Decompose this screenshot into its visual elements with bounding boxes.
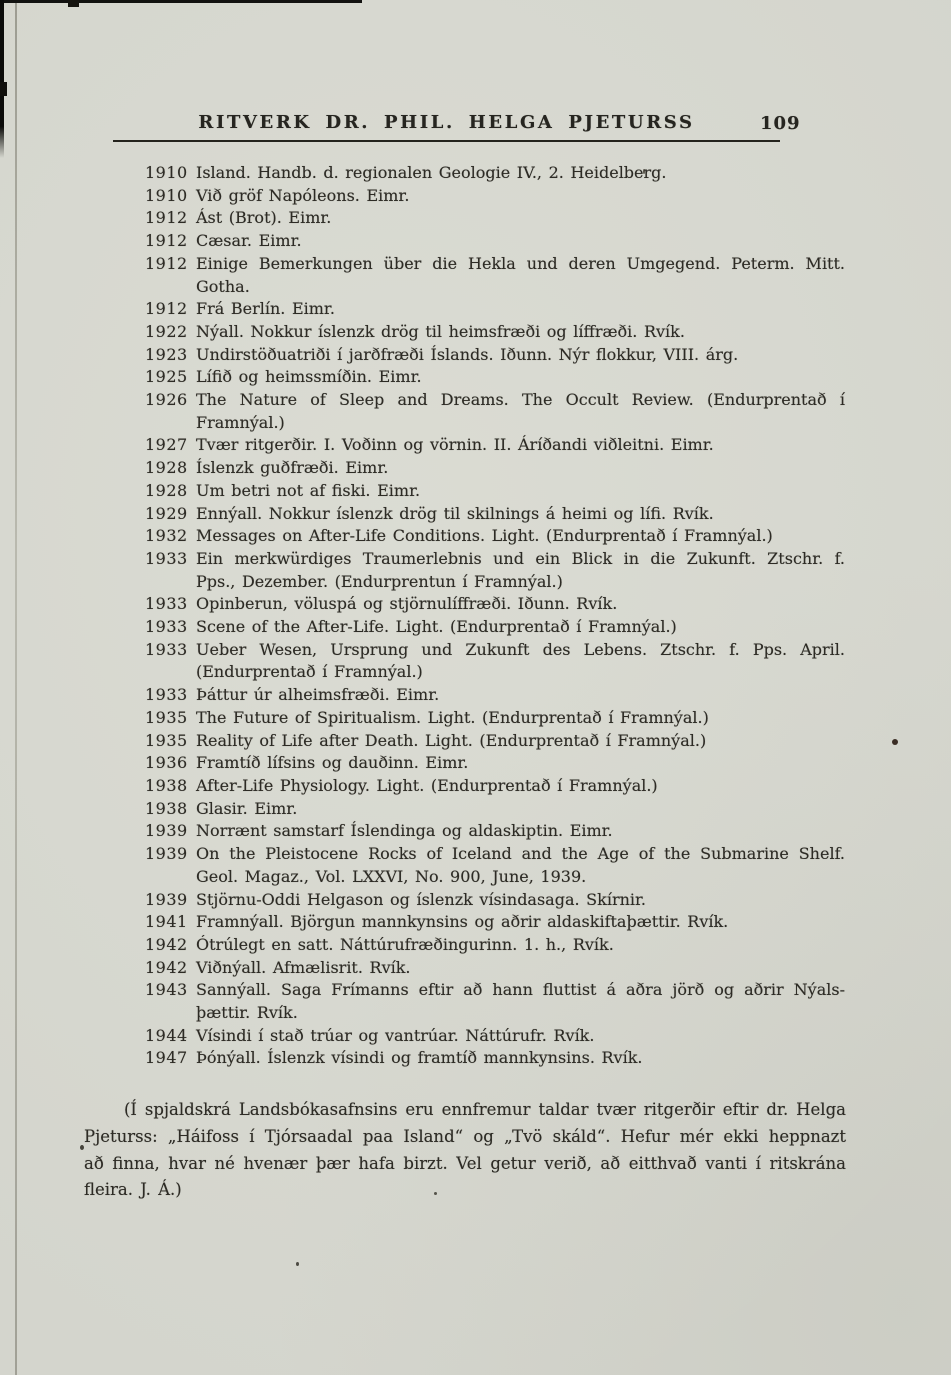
entry-line: Íslenzk guðfræði. Eimr. — [196, 457, 845, 480]
bib-entry: 1935The Future of Spiritualism. Light. (… — [145, 707, 845, 730]
entry-text: The Nature of Sleep and Dreams. The Occu… — [196, 389, 845, 434]
entry-line: Norrænt samstarf Íslendinga og aldaskipt… — [196, 820, 845, 843]
entry-line: Ennýall. Nokkur íslenzk drög til skilnin… — [196, 503, 845, 526]
scanned-book-page: RITVERK DR. PHIL. HELGA PJETURSS 109 191… — [0, 0, 951, 1375]
bib-entry: 1941Framnýall. Björgun mannkynsins og að… — [145, 911, 845, 934]
bib-entry: 1947Þónýall. Íslenzk vísindi og framtíð … — [145, 1047, 845, 1070]
entry-text: Vísindi í stað trúar og vantrúar. Náttúr… — [196, 1025, 845, 1048]
bib-entry: 1939Norrænt samstarf Íslendinga og aldas… — [145, 820, 845, 843]
bib-entry: 1935Reality of Life after Death. Light. … — [145, 730, 845, 753]
entry-year: 1947 — [145, 1047, 183, 1070]
entry-line: Pps., Dezember. (Endurprentun í Framnýal… — [196, 571, 845, 594]
closing-note-line: fleira. J. Á.) — [84, 1177, 846, 1204]
entry-line: Framnýall. Björgun mannkynsins og aðrir … — [196, 911, 845, 934]
entry-text: Nýall. Nokkur íslenzk drög til heimsfræð… — [196, 321, 845, 344]
entry-line: Tvær ritgerðir. I. Voðinn og vörnin. II.… — [196, 434, 845, 457]
entry-text: Þáttur úr alheimsfræði. Eimr. — [196, 684, 845, 707]
entry-text: After-Life Physiology. Light. (Endurpren… — [196, 775, 845, 798]
bib-entry: 1912Einige Bemerkungen über die Hekla un… — [145, 253, 845, 298]
entry-text: Ein merkwürdiges Traumerlebnis und ein B… — [196, 548, 845, 593]
entry-year: 1936 — [145, 752, 183, 775]
entry-text: Lífið og heimssmíðin. Eimr. — [196, 366, 845, 389]
entry-year: 1938 — [145, 775, 183, 798]
bib-entry: 1933Scene of the After-Life. Light. (End… — [145, 616, 845, 639]
bib-entry: 1910Við gröf Napóleons. Eimr. — [145, 185, 845, 208]
entry-text: Glasir. Eimr. — [196, 798, 845, 821]
entry-text: Reality of Life after Death. Light. (End… — [196, 730, 845, 753]
entry-text: Undirstöðuatriði í jarðfræði Íslands. Ið… — [196, 344, 845, 367]
entry-line: Ótrúlegt en satt. Náttúrufræðingurinn. 1… — [196, 934, 845, 957]
entry-year: 1910 — [145, 162, 183, 185]
entry-line: þættir. Rvík. — [196, 1002, 845, 1025]
bib-entry: 1942Viðnýall. Afmælisrit. Rvík. — [145, 957, 845, 980]
entry-line: Vísindi í stað trúar og vantrúar. Náttúr… — [196, 1025, 845, 1048]
entry-year: 1910 — [145, 185, 183, 208]
bib-entry: 1927Tvær ritgerðir. I. Voðinn og vörnin.… — [145, 434, 845, 457]
bib-entry: 1933Ueber Wesen, Ursprung und Zukunft de… — [145, 639, 845, 684]
bib-entry: 1933Opinberun, völuspá og stjörnulíffræð… — [145, 593, 845, 616]
entry-line: Framtíð lífsins og dauðinn. Eimr. — [196, 752, 845, 775]
entry-year: 1942 — [145, 934, 183, 957]
entry-year: 1929 — [145, 503, 183, 526]
closing-note-line: (Í spjaldskrá Landsbókasafnsins eru ennf… — [84, 1097, 846, 1124]
entry-year: 1941 — [145, 911, 183, 934]
bib-entry: 1928Um betri not af fiski. Eimr. — [145, 480, 845, 503]
entry-year: 1923 — [145, 344, 183, 367]
entry-year: 1935 — [145, 707, 183, 730]
entry-year: 1939 — [145, 843, 183, 888]
entry-text: Ueber Wesen, Ursprung und Zukunft des Le… — [196, 639, 845, 684]
entry-text: Frá Berlín. Eimr. — [196, 298, 845, 321]
entry-text: Stjörnu-Oddi Helgason og íslenzk vísinda… — [196, 889, 845, 912]
closing-note-line: Pjeturss: „Háifoss í Tjórsaadal paa Isla… — [84, 1124, 846, 1151]
entry-line: The Future of Spiritualism. Light. (Endu… — [196, 707, 845, 730]
entry-year: 1932 — [145, 525, 183, 548]
entry-text: Framtíð lífsins og dauðinn. Eimr. — [196, 752, 845, 775]
bib-entry: 1928Íslenzk guðfræði. Eimr. — [145, 457, 845, 480]
entry-line: Gotha. — [196, 276, 845, 299]
entry-text: Þónýall. Íslenzk vísindi og framtíð mann… — [196, 1047, 845, 1070]
bib-entry: 1925Lífið og heimssmíðin. Eimr. — [145, 366, 845, 389]
entry-line: Um betri not af fiski. Eimr. — [196, 480, 845, 503]
entry-year: 1939 — [145, 889, 183, 912]
bib-entry: 1942Ótrúlegt en satt. Náttúrufræðingurin… — [145, 934, 845, 957]
bib-entry: 1932Messages on After-Life Conditions. L… — [145, 525, 845, 548]
bib-entry: 1943Sannýall. Saga Frímanns eftir að han… — [145, 979, 845, 1024]
entry-text: Island. Handb. d. regionalen Geologie IV… — [196, 162, 845, 185]
entry-text: Ótrúlegt en satt. Náttúrufræðingurinn. 1… — [196, 934, 845, 957]
entry-line: Sannýall. Saga Frímanns eftir að hann fl… — [196, 979, 845, 1002]
header-rule — [113, 140, 780, 142]
entry-text: Um betri not af fiski. Eimr. — [196, 480, 845, 503]
entry-text: Viðnýall. Afmælisrit. Rvík. — [196, 957, 845, 980]
entry-year: 1938 — [145, 798, 183, 821]
entry-line: After-Life Physiology. Light. (Endurpren… — [196, 775, 845, 798]
entry-line: Stjörnu-Oddi Helgason og íslenzk vísinda… — [196, 889, 845, 912]
bib-entry: 1933Ein merkwürdiges Traumerlebnis und e… — [145, 548, 845, 593]
entry-line: (Endurprentað í Framnýal.) — [196, 661, 845, 684]
entry-year: 1927 — [145, 434, 183, 457]
entry-year: 1942 — [145, 957, 183, 980]
entry-text: Scene of the After-Life. Light. (Endurpr… — [196, 616, 845, 639]
entry-year: 1933 — [145, 639, 183, 684]
entry-year: 1926 — [145, 389, 183, 434]
bibliography-list: 1910Island. Handb. d. regionalen Geologi… — [145, 162, 845, 1070]
entry-year: 1925 — [145, 366, 183, 389]
closing-note-line: að finna, hvar né hvenær þær hafa birzt.… — [84, 1151, 846, 1178]
entry-year: 1933 — [145, 616, 183, 639]
entry-year: 1928 — [145, 480, 183, 503]
entry-text: The Future of Spiritualism. Light. (Endu… — [196, 707, 845, 730]
entry-line: Við gröf Napóleons. Eimr. — [196, 185, 845, 208]
entry-year: 1939 — [145, 820, 183, 843]
entry-line: Glasir. Eimr. — [196, 798, 845, 821]
entry-line: Einige Bemerkungen über die Hekla und de… — [196, 253, 845, 276]
entry-line: Ueber Wesen, Ursprung und Zukunft des Le… — [196, 639, 845, 662]
bib-entry: 1912Frá Berlín. Eimr. — [145, 298, 845, 321]
paper-speck — [296, 1262, 299, 1266]
entry-line: Undirstöðuatriði í jarðfræði Íslands. Ið… — [196, 344, 845, 367]
entry-line: Messages on After-Life Conditions. Light… — [196, 525, 845, 548]
entry-line: Lífið og heimssmíðin. Eimr. — [196, 366, 845, 389]
entry-year: 1943 — [145, 979, 183, 1024]
bib-entry: 1926The Nature of Sleep and Dreams. The … — [145, 389, 845, 434]
entry-line: Geol. Magaz., Vol. LXXVI, No. 900, June,… — [196, 866, 845, 889]
entry-line: Framnýal.) — [196, 412, 845, 435]
bib-entry: 1912Cæsar. Eimr. — [145, 230, 845, 253]
entry-year: 1944 — [145, 1025, 183, 1048]
entry-year: 1912 — [145, 230, 183, 253]
entry-line: Reality of Life after Death. Light. (End… — [196, 730, 845, 753]
entry-line: The Nature of Sleep and Dreams. The Occu… — [196, 389, 845, 412]
bib-entry: 1936Framtíð lífsins og dauðinn. Eimr. — [145, 752, 845, 775]
entry-text: Íslenzk guðfræði. Eimr. — [196, 457, 845, 480]
bib-entry: 1910Island. Handb. d. regionalen Geologi… — [145, 162, 845, 185]
entry-year: 1922 — [145, 321, 183, 344]
closing-note: (Í spjaldskrá Landsbókasafnsins eru ennf… — [84, 1097, 846, 1204]
bib-entry: 1922Nýall. Nokkur íslenzk drög til heims… — [145, 321, 845, 344]
entry-text: Framnýall. Björgun mannkynsins og aðrir … — [196, 911, 845, 934]
entry-line: Nýall. Nokkur íslenzk drög til heimsfræð… — [196, 321, 845, 344]
bib-entry: 1939On the Pleistocene Rocks of Iceland … — [145, 843, 845, 888]
bib-entry: 1939Stjörnu-Oddi Helgason og íslenzk vís… — [145, 889, 845, 912]
bib-entry: 1923Undirstöðuatriði í jarðfræði Íslands… — [145, 344, 845, 367]
entry-text: Einige Bemerkungen über die Hekla und de… — [196, 253, 845, 298]
entry-year: 1935 — [145, 730, 183, 753]
entry-line: Þáttur úr alheimsfræði. Eimr. — [196, 684, 845, 707]
entry-year: 1933 — [145, 593, 183, 616]
entry-line: Ein merkwürdiges Traumerlebnis und ein B… — [196, 548, 845, 571]
entry-text: Ennýall. Nokkur íslenzk drög til skilnin… — [196, 503, 845, 526]
entry-text: Messages on After-Life Conditions. Light… — [196, 525, 845, 548]
bib-entry: 1944Vísindi í stað trúar og vantrúar. Ná… — [145, 1025, 845, 1048]
entry-year: 1912 — [145, 253, 183, 298]
paper-speck — [892, 739, 898, 745]
running-title: RITVERK DR. PHIL. HELGA PJETURSS — [198, 112, 694, 133]
entry-text: Opinberun, völuspá og stjörnulíffræði. I… — [196, 593, 845, 616]
entry-line: Ást (Brot). Eimr. — [196, 207, 845, 230]
scan-left-edge-artifact — [0, 0, 4, 158]
entry-text: Við gröf Napóleons. Eimr. — [196, 185, 845, 208]
entry-text: Sannýall. Saga Frímanns eftir að hann fl… — [196, 979, 845, 1024]
entry-year: 1912 — [145, 207, 183, 230]
entry-year: 1933 — [145, 548, 183, 593]
entry-year: 1912 — [145, 298, 183, 321]
entry-text: Ást (Brot). Eimr. — [196, 207, 845, 230]
entry-line: Scene of the After-Life. Light. (Endurpr… — [196, 616, 845, 639]
entry-text: Norrænt samstarf Íslendinga og aldaskipt… — [196, 820, 845, 843]
entry-line: On the Pleistocene Rocks of Iceland and … — [196, 843, 845, 866]
entry-line: Frá Berlín. Eimr. — [196, 298, 845, 321]
entry-line: Island. Handb. d. regionalen Geologie IV… — [196, 162, 845, 185]
scan-left-edge-artifact — [0, 82, 7, 96]
entry-year: 1928 — [145, 457, 183, 480]
entry-text: Cæsar. Eimr. — [196, 230, 845, 253]
entry-year: 1933 — [145, 684, 183, 707]
entry-text: On the Pleistocene Rocks of Iceland and … — [196, 843, 845, 888]
bib-entry: 1938After-Life Physiology. Light. (Endur… — [145, 775, 845, 798]
bib-entry: 1929Ennýall. Nokkur íslenzk drög til ski… — [145, 503, 845, 526]
page-header: RITVERK DR. PHIL. HELGA PJETURSS — [113, 112, 780, 133]
page-fold-line — [15, 0, 17, 1375]
entry-line: Cæsar. Eimr. — [196, 230, 845, 253]
entry-line: Þónýall. Íslenzk vísindi og framtíð mann… — [196, 1047, 845, 1070]
entry-line: Opinberun, völuspá og stjörnulíffræði. I… — [196, 593, 845, 616]
bib-entry: 1933Þáttur úr alheimsfræði. Eimr. — [145, 684, 845, 707]
scan-top-edge-artifact — [0, 0, 362, 3]
entry-text: Tvær ritgerðir. I. Voðinn og vörnin. II.… — [196, 434, 845, 457]
scan-top-tick-artifact — [68, 0, 79, 7]
page-number: 109 — [760, 113, 801, 134]
bib-entry: 1912Ást (Brot). Eimr. — [145, 207, 845, 230]
entry-line: Viðnýall. Afmælisrit. Rvík. — [196, 957, 845, 980]
bib-entry: 1938Glasir. Eimr. — [145, 798, 845, 821]
